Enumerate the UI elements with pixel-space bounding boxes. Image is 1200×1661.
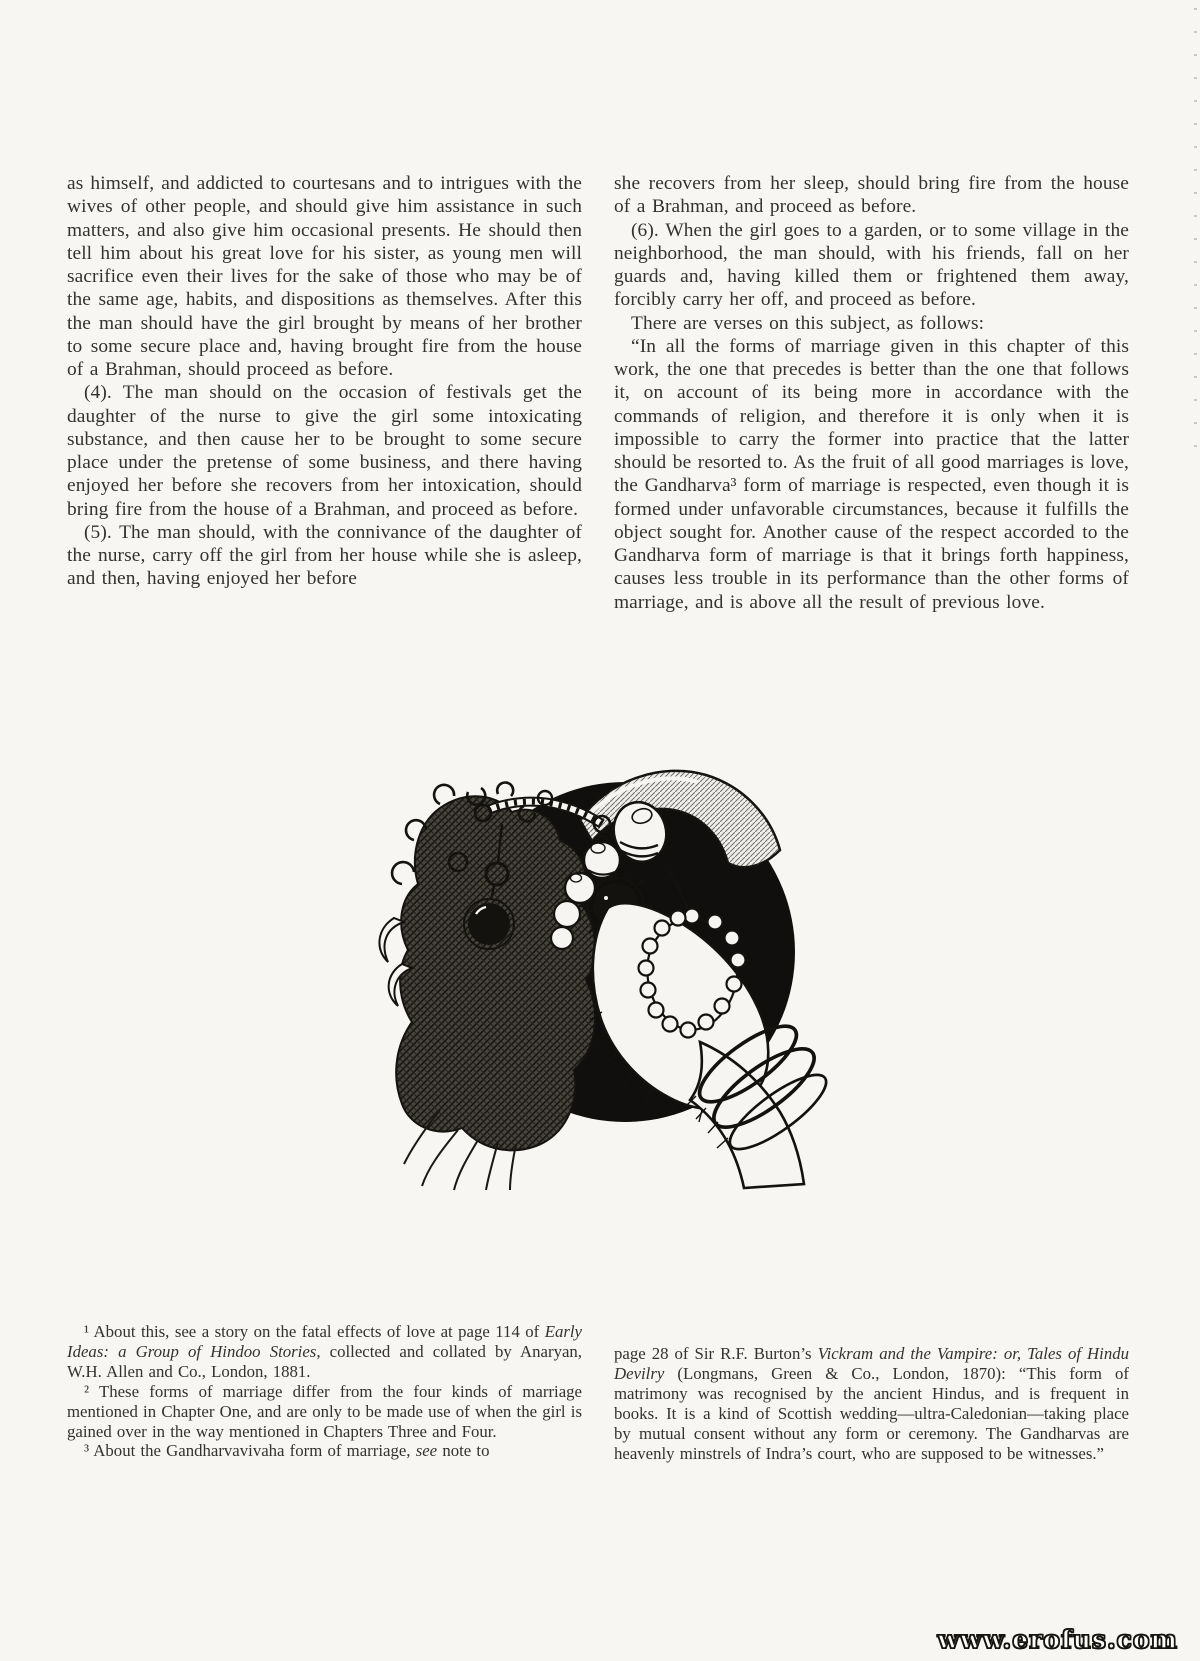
- left-column: as himself, and addicted to courtesans a…: [67, 172, 582, 614]
- footnote-text: note to: [437, 1441, 489, 1460]
- watermark: www.erofus.com: [937, 1625, 1178, 1654]
- paragraph: “In all the forms of marriage given in t…: [614, 335, 1129, 614]
- footnotes: ¹ About this, see a story on the fatal e…: [67, 1322, 1129, 1463]
- footnotes-right-column: page 28 of Sir R.F. Burton’s Vickram and…: [614, 1344, 1129, 1463]
- footnote-2: ² These forms of marriage differ from th…: [67, 1382, 582, 1442]
- footnote-text: ² These forms of marriage differ from th…: [67, 1382, 582, 1441]
- paragraph: (4). The man should on the occasion of f…: [67, 381, 582, 521]
- right-column: she recovers from her sleep, should brin…: [614, 172, 1129, 614]
- footnote-text: ¹ About this, see a story on the fatal e…: [84, 1322, 545, 1341]
- footnote-3: ³ About the Gandharvavivaha form of marr…: [67, 1441, 582, 1461]
- book-page-scan: as himself, and addicted to courtesans a…: [0, 0, 1200, 1661]
- paragraph: There are verses on this subject, as fol…: [614, 312, 1129, 335]
- footnote-text: ³ About the Gandharvavivaha form of marr…: [84, 1441, 416, 1460]
- footnote-italic: see: [416, 1441, 437, 1460]
- footnote-text: (Longmans, Green & Co., London, 1870): “…: [614, 1364, 1129, 1463]
- paragraph: (6). When the girl goes to a garden, or …: [614, 219, 1129, 312]
- paragraph: as himself, and addicted to courtesans a…: [67, 172, 582, 381]
- illustration-svg: [340, 712, 840, 1192]
- footnotes-left-column: ¹ About this, see a story on the fatal e…: [67, 1322, 582, 1463]
- paragraph: she recovers from her sleep, should brin…: [614, 172, 1129, 219]
- footnote-1: ¹ About this, see a story on the fatal e…: [67, 1322, 582, 1382]
- paragraph: (5). The man should, with the connivance…: [67, 521, 582, 591]
- footnote-text: page 28 of Sir R.F. Burton’s: [614, 1344, 818, 1363]
- footnote-3-continuation: page 28 of Sir R.F. Burton’s Vickram and…: [614, 1344, 1129, 1463]
- scan-edge-marks: [1194, 8, 1197, 453]
- foot-anklet-illustration: [340, 712, 840, 1192]
- body-text: as himself, and addicted to courtesans a…: [67, 172, 1129, 614]
- hairy-mass: [379, 782, 595, 1190]
